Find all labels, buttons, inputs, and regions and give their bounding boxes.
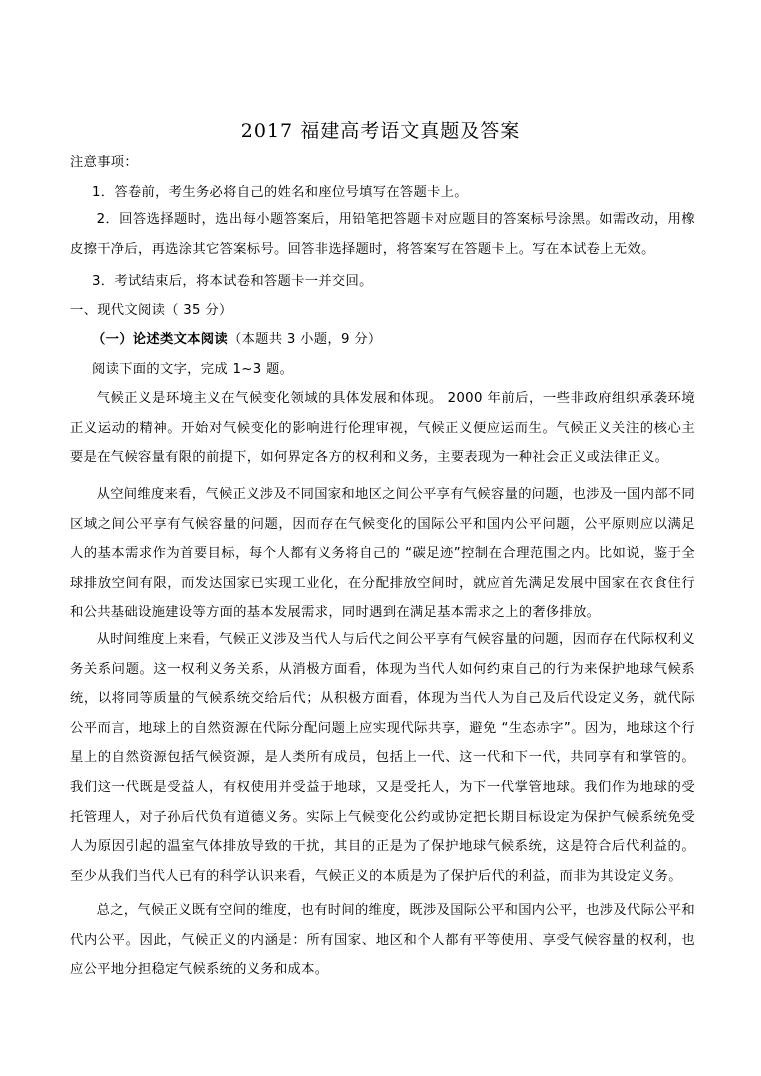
- paragraph-4: 总之，气候正义既有空间的维度，也有时间的维度，既涉及国际公平和国内公平，也涉及代…: [70, 896, 695, 985]
- paragraph-3: 从时间维度上来看，气候正义涉及当代人与后代之间公平享有气候容量的问题，因而存在代…: [70, 625, 695, 891]
- subsection-title: （一）论述类文本阅读: [92, 332, 228, 347]
- section-heading: 一、现代文阅读（ 35 分）: [70, 301, 695, 321]
- subsection-note: （本题共 3 小题，9 分）: [228, 332, 381, 347]
- subsection-heading: （一）论述类文本阅读（本题共 3 小题，9 分）: [70, 330, 717, 350]
- notice-item-3: 3．考试结束后，将本试卷和答题卡一并交回。: [70, 272, 717, 292]
- notice-item-1: 1．答卷前，考生务必将自己的姓名和座位号填写在答题卡上。: [70, 183, 717, 203]
- notice-item-2: 2．回答选择题时，选出每小题答案后，用铅笔把答题卡对应题目的答案标号涂黑。如需改…: [70, 205, 695, 264]
- document-title: 2017 福建高考语文真题及答案: [0, 116, 761, 143]
- paragraph-2: 从空间维度来看，气候正义涉及不同国家和地区之间公平享有气候容量的问题，也涉及一国…: [70, 480, 695, 628]
- reading-instruction: 阅读下面的文字，完成 1~3 题。: [70, 360, 717, 380]
- paragraph-1: 气候正义是环境主义在气候变化领域的具体发展和体现。 2000 年前后，一些非政府…: [70, 384, 695, 473]
- notice-heading: 注意事项：: [70, 153, 695, 173]
